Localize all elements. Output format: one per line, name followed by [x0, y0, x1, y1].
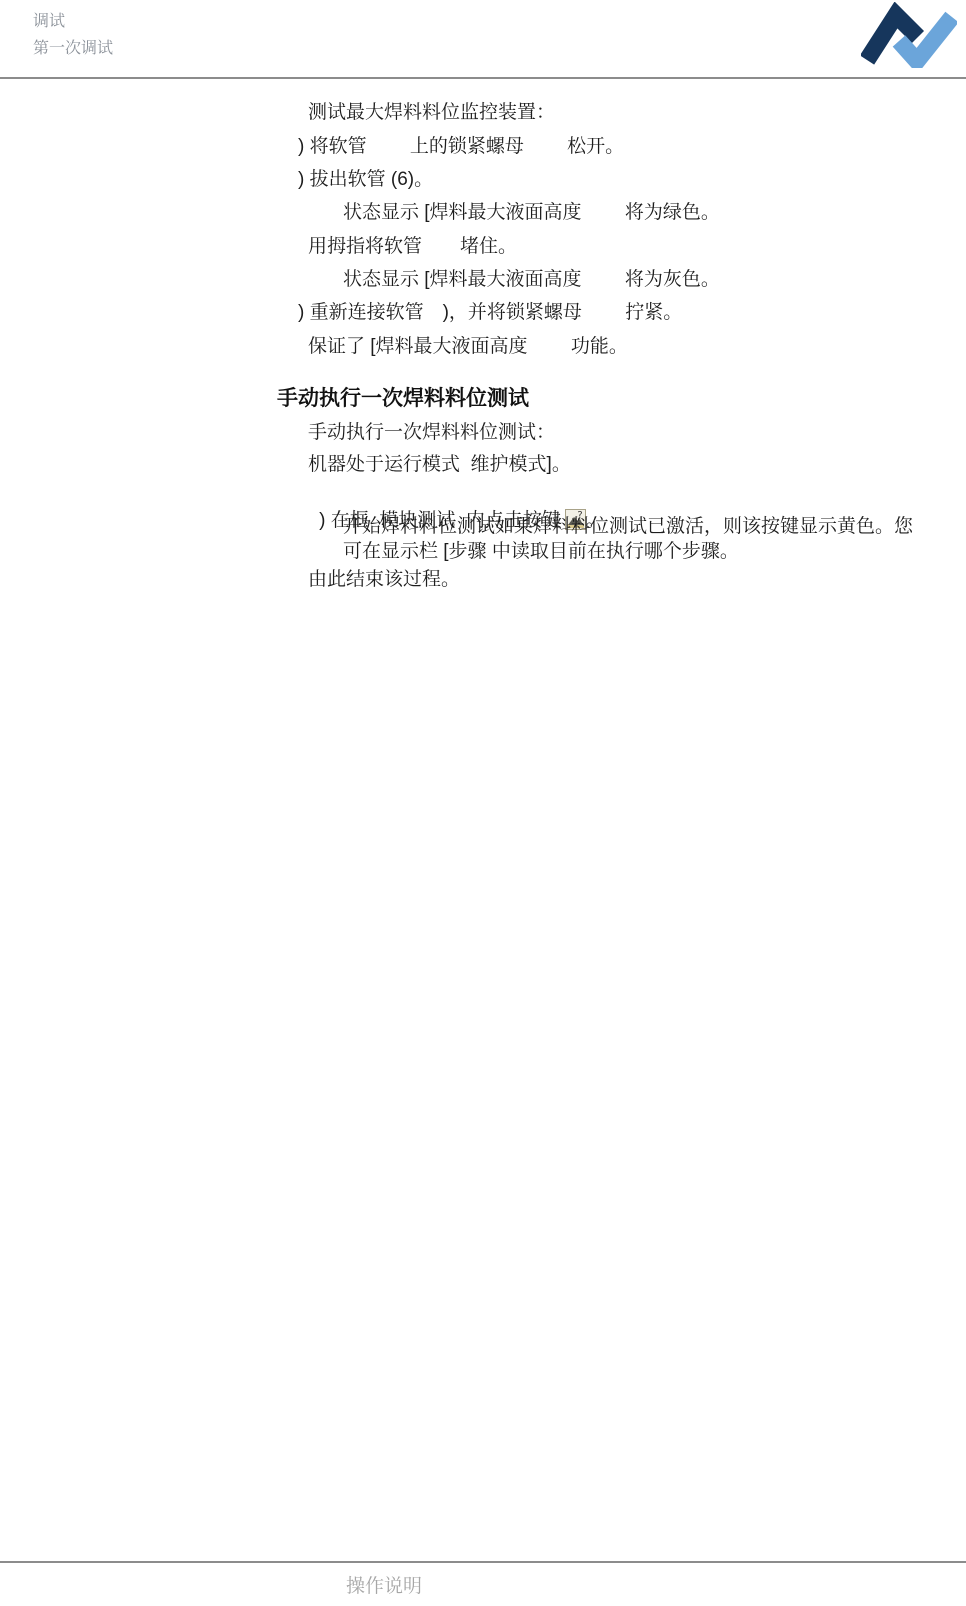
header-divider: [0, 77, 966, 79]
header-section: 第一次调试: [33, 35, 113, 58]
result-line: 状态显示 [焊料最大液面高度 将为灰色。: [343, 268, 720, 292]
action-line: 用拇指将软管 堵住。: [308, 235, 517, 259]
section-heading: 手动执行一次焊料料位测试: [277, 382, 529, 412]
body-intro-line: 手动执行一次焊料料位测试：: [308, 421, 555, 445]
result-paragraph: 开始焊料料位测试如果焊料料位测试已激活，则该按键显示黄色。您可在显示栏 [步骤 …: [343, 514, 931, 564]
step-line: ) 重新连接软管 )，并将锁紧螺母 拧紧。: [298, 301, 682, 325]
footer-doc-type: 操作说明: [346, 1571, 422, 1598]
step-line: ) 拔出软管 (6)。: [298, 168, 433, 192]
closing-line: 由此结束该过程。: [308, 568, 460, 592]
footer-divider: [0, 1561, 966, 1563]
header-chapter: 调试: [33, 8, 65, 31]
result-line: 保证了 [焊料最大液面高度 功能。: [308, 335, 628, 359]
result-line: 状态显示 [焊料最大液面高度 将为绿色。: [343, 201, 720, 225]
brand-logo-icon: [861, 2, 957, 68]
step-line: ) 将软管 上的锁紧螺母 松开。: [298, 135, 624, 159]
manual-page: 调试 第一次调试 测试最大焊料料位监控装置： ) 将软管 上的锁紧螺母 松开。 …: [0, 0, 966, 1606]
body-intro-line: 测试最大焊料料位监控装置：: [308, 101, 555, 125]
prerequisite-line: 机器处于运行模式 维护模式]。: [308, 453, 571, 477]
